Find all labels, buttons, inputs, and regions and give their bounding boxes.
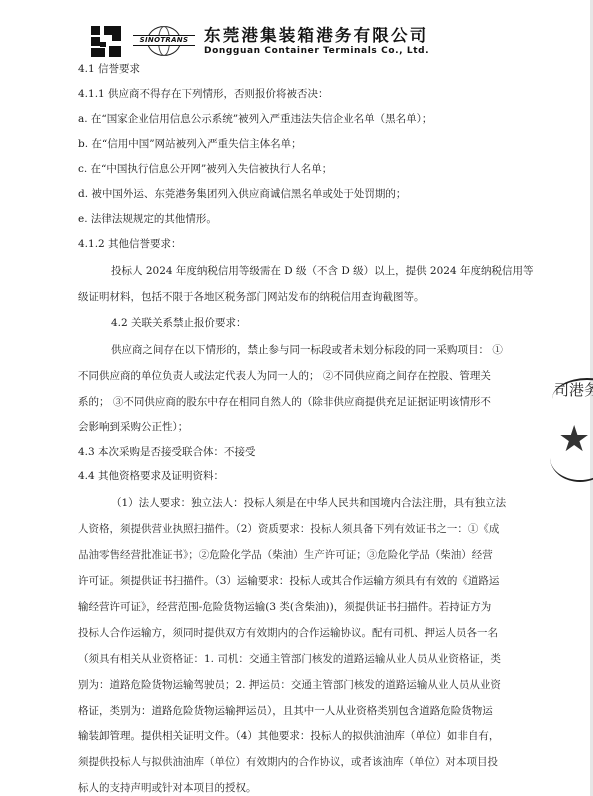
company-name: 东莞港集装箱港务有限公司 Dongguan Container Terminal… (204, 26, 429, 57)
paragraph-line: 投标人 2024 年度纳税信用等级需在 D 级（不含 D 级）以上，提供 202… (111, 264, 533, 278)
list-item-e: e. 法律法规规定的其他情形。 (78, 212, 217, 226)
list-item-c: c. 在“中国执行信息公开网”被列入失信被执行人名单； (78, 162, 332, 176)
paragraph-line: 系的； ③不同供应商的股东中存在相同自然人的（除非供应商提供充足证据证明该情形不 (78, 395, 491, 409)
list-item-a: a. 在“国家企业信用信息公示系统”被列入严重违法失信企业名单（黑名单）； (78, 112, 432, 126)
company-name-en: Dongguan Container Terminals Co., Ltd. (204, 46, 429, 57)
section-heading-4-1: 4.1 信誉要求 (78, 62, 140, 76)
paragraph-line: 许可证。须提供证书扫描件。（3）运输要求：投标人或其合作运输方须具有有效的《道路… (78, 574, 499, 588)
paragraph-line: 格证，类别为：道路危险货物运输押运员），且其中一人从业资格类别包含道路危险货物运 (78, 704, 493, 718)
company-name-cn: 东莞港集装箱港务有限公司 (204, 26, 429, 45)
paragraph-line: 输装卸管理。提供相关证明文件。（4）其他要求：投标人的拟供油油库（单位）如非自有… (78, 729, 499, 743)
section-heading-4-3: 4.3 本次采购是否接受联合体：不接受 (78, 445, 256, 459)
paragraph-line: 标人的支持声明或针对本项目的授权。 (78, 781, 257, 795)
paragraph-line: 品油零售经营批准证书》；②危险化学品（柴油）生产许可证；③危险化学品（柴油）经营 (78, 548, 493, 562)
company-seal: 司港务 ★ (550, 350, 593, 450)
paragraph-line: 须提供投标人与拟供油油库（单位）有效期内的合作协议，或者该油库（单位）对本项目投 (78, 755, 498, 769)
paragraph-line: 会影响到采购公正性）； (78, 420, 188, 434)
paragraph-line: （须具有相关从业资格证：1. 司机：交通主管部门核发的道路运输从业人员从业资格证… (78, 652, 501, 666)
paragraph-line: 级证明材料，包括不限于各地区税务部门网站发布的纳税信用查询截图等。 (78, 290, 425, 304)
company-logo-icon (91, 26, 121, 57)
list-item-b: b. 在“信用中国”网站被列入严重失信主体名单； (78, 137, 302, 151)
paragraph-line: 投标人合作运输方，须同时提供双方有效期内的合作运输协议。配有司机、押运人员各一名 (78, 626, 498, 640)
list-item-d: d. 被中国外运、东莞港务集团列入供应商诚信黑名单或处于处罚期的； (78, 187, 406, 201)
document-page: SINOTRANS 东莞港集装箱港务有限公司 Dongguan Containe… (0, 0, 593, 796)
section-heading-4-2: 4.2 关联关系禁止报价要求： (111, 316, 247, 330)
section-heading-4-1-2: 4.1.2 其他信誉要求： (78, 237, 182, 251)
paragraph-line: 不同供应商的单位负责人或法定代表人为同一人的； ②不同供应商之间存在控股、管理关 (78, 369, 491, 383)
paragraph-line: 人资格，须提供营业执照扫描件。（2）资质要求：投标人须具备下列有效证书之一：①《… (78, 522, 499, 536)
paragraph-line: 供应商之间存在以下情形的，禁止参与同一标段或者未划分标段的同一采购项目： ① (111, 343, 503, 357)
letterhead: SINOTRANS 东莞港集装箱港务有限公司 Dongguan Containe… (91, 24, 429, 58)
section-heading-4-4: 4.4 其他资格要求及证明资料： (78, 469, 224, 483)
section-heading-4-1-1: 4.1.1 供应商不得存在下列情形，否则报价将被否决： (78, 87, 329, 101)
sinotrans-label: SINOTRANS (133, 35, 195, 46)
seal-border-bottom (550, 434, 593, 482)
paragraph-line: 别为：道路危险货物运输驾驶员；2. 押运员：交通主管部门核发的道路运输从业人员从… (78, 678, 501, 692)
paragraph-line: （1）法人要求：独立法人：投标人须是在中华人民共和国境内合法注册，具有独立法 (111, 496, 506, 510)
paragraph-line: 输经营许可证》，经营范围-危险货物运输(3 类(含柴油))，须提供证书扫描件。若… (78, 600, 491, 614)
seal-text: 司港务 (554, 382, 593, 398)
sinotrans-logo-icon: SINOTRANS (133, 26, 195, 56)
